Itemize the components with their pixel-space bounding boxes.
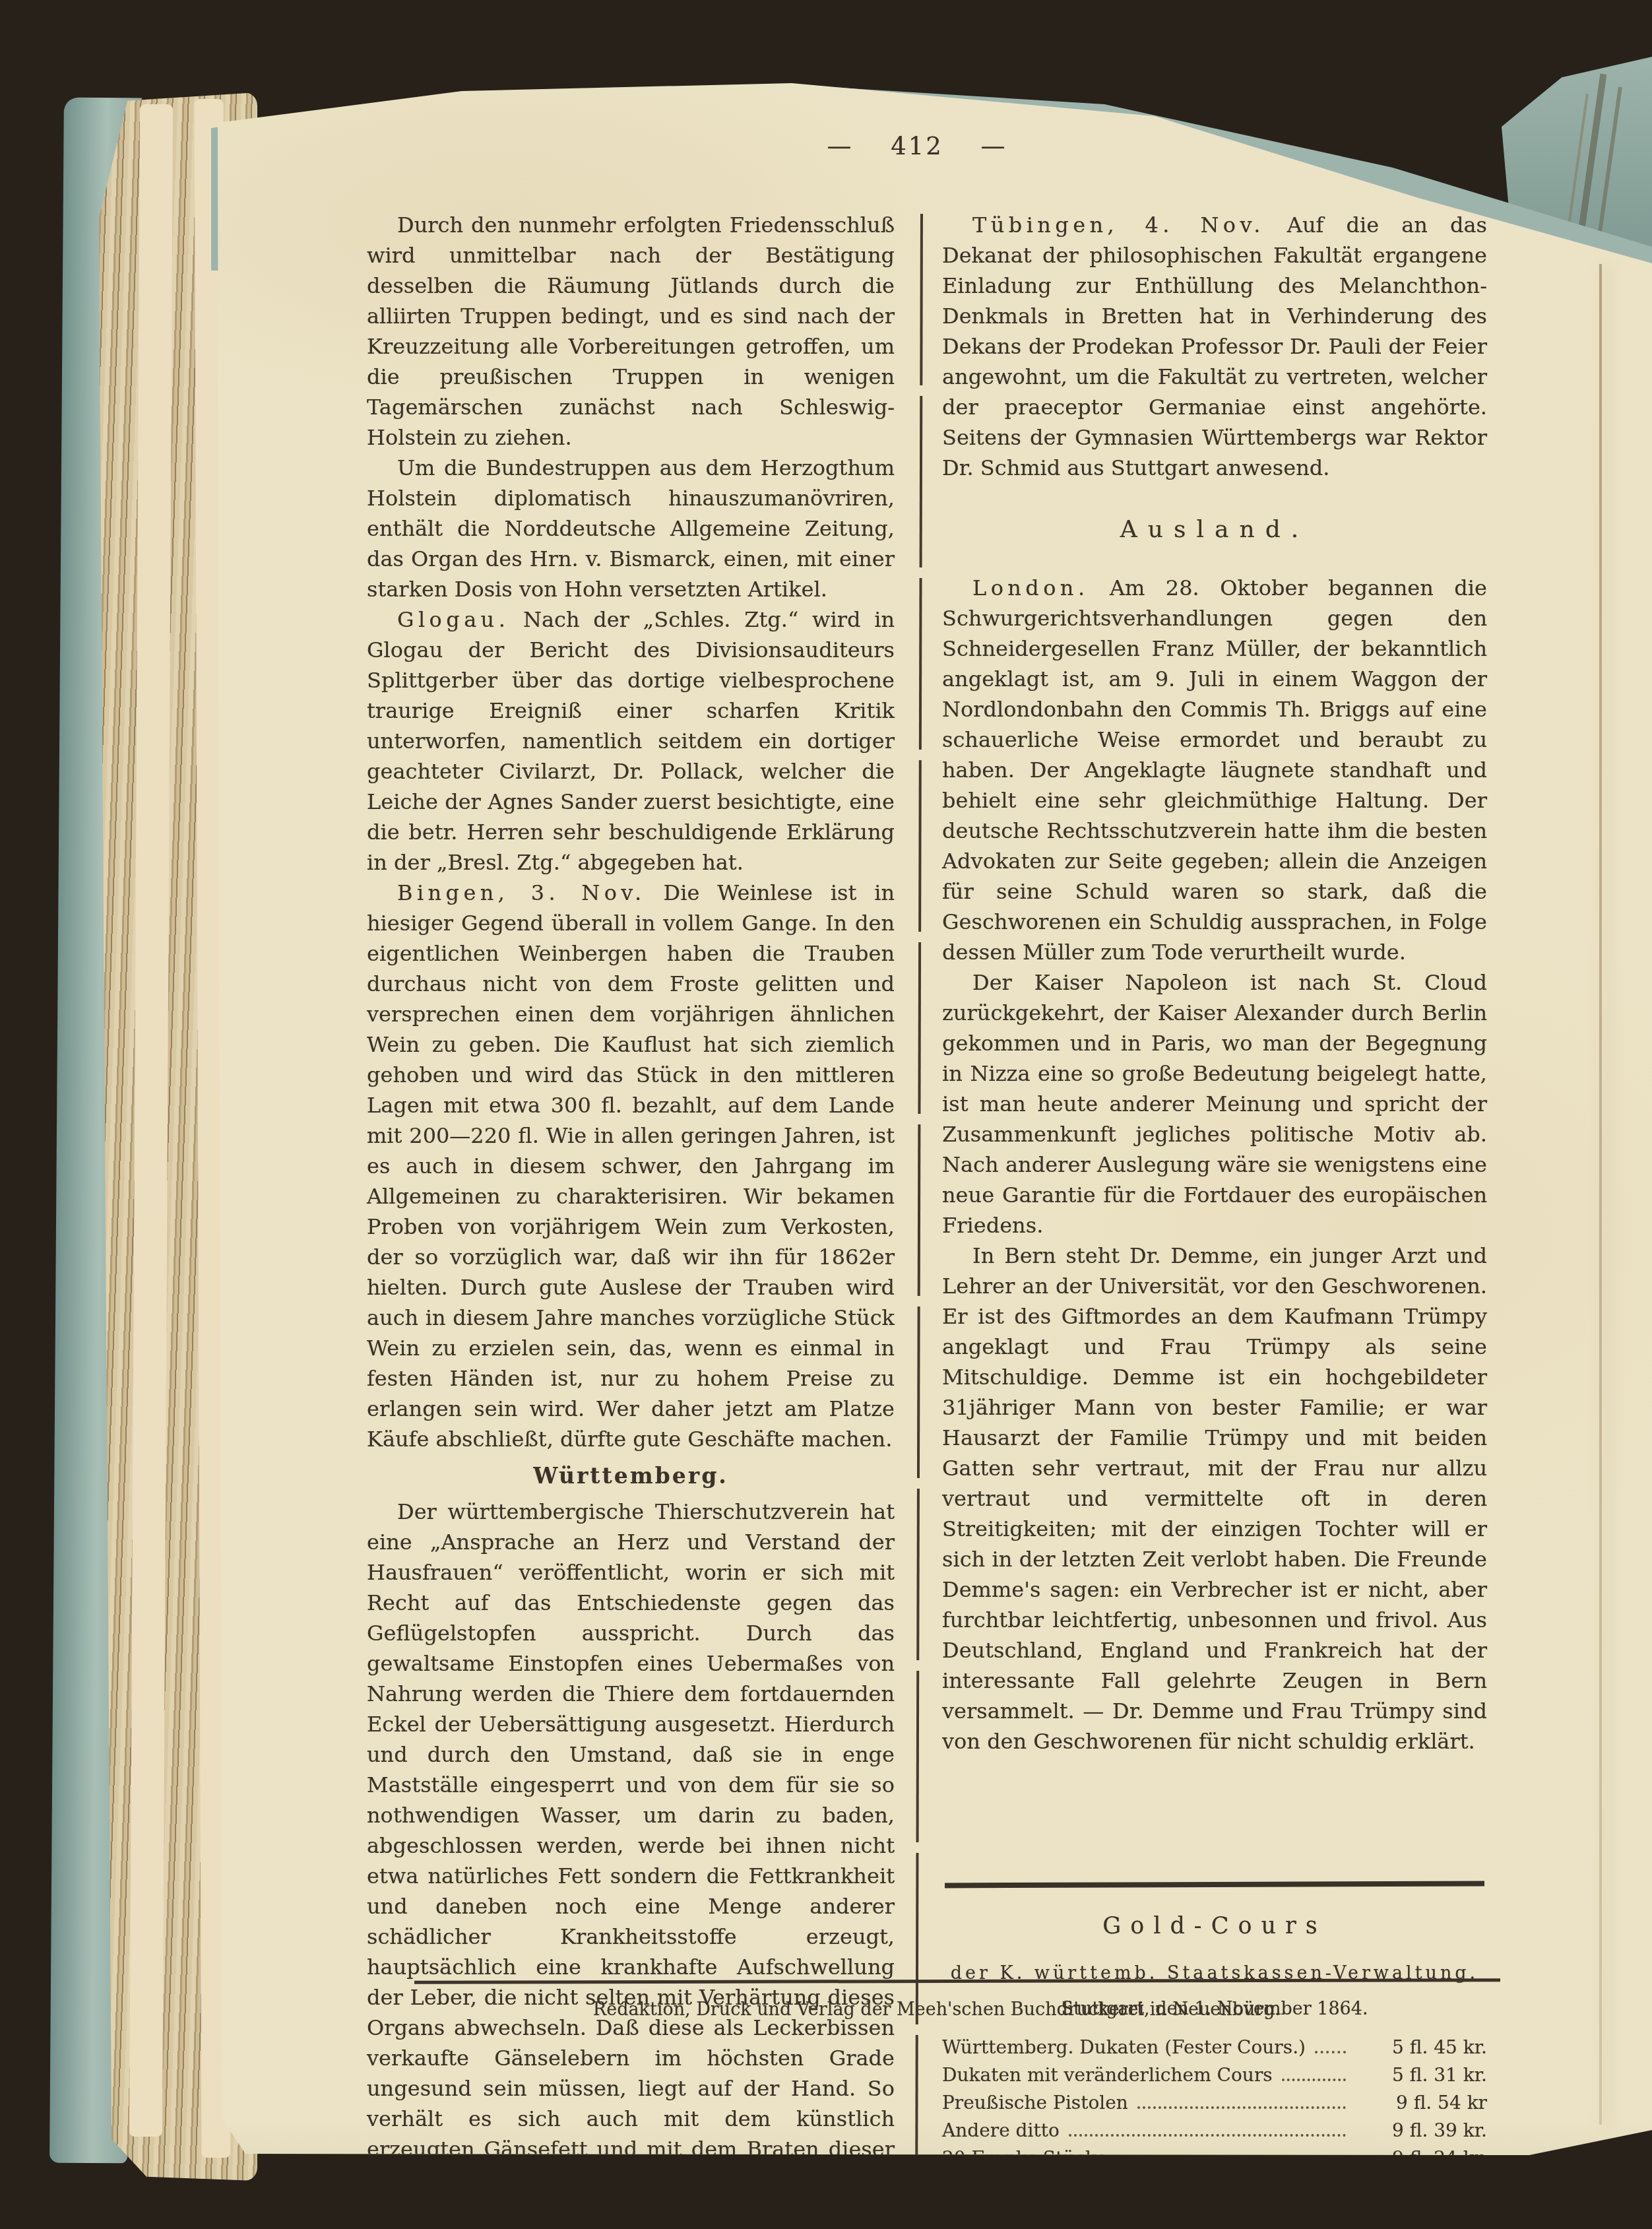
gold-cours-subtitle: der K. württemb. Staatskassen-Verwaltung… bbox=[942, 1958, 1487, 1989]
page-number: — 412 — bbox=[778, 132, 1056, 160]
left-column: Durch den nunmehr erfolgten Friedensschl… bbox=[367, 210, 895, 2225]
right-column: Tübingen, 4. Nov. Auf die an das Dekanat… bbox=[942, 210, 1487, 2225]
gold-cours-row: 20 Franks-Stücke9 fl. 24 kr. bbox=[942, 2145, 1487, 2172]
gold-row-label: Andere ditto bbox=[942, 2117, 1060, 2145]
gold-row-value: 5 fl. 45 kr. bbox=[1355, 2034, 1487, 2061]
section-heading: Württemberg. bbox=[367, 1461, 895, 1491]
gold-cours-section: Gold-Cours der K. württemb. Staatskassen… bbox=[942, 1882, 1487, 2172]
section-divider-rule bbox=[945, 1881, 1484, 1889]
paragraph: Tübingen, 4. Nov. Auf die an das Dekanat… bbox=[942, 210, 1487, 483]
gold-cours-title: Gold-Cours bbox=[942, 1911, 1487, 1941]
gold-row-value: 9 fl. 54 kr bbox=[1355, 2089, 1487, 2117]
gold-cours-row: Andere ditto9 fl. 39 kr. bbox=[942, 2117, 1487, 2145]
gold-cours-row: Preußische Pistolen9 fl. 54 kr bbox=[942, 2089, 1487, 2117]
text-columns: Durch den nunmehr erfolgten Friedensschl… bbox=[367, 210, 1487, 2225]
right-column-articles: Tübingen, 4. Nov. Auf die an das Dekanat… bbox=[942, 210, 1487, 1757]
gold-row-label: Württemberg. Dukaten (Fester Cours.) bbox=[942, 2034, 1306, 2061]
paragraph: Um die Bundestruppen aus dem Herzogthum … bbox=[367, 453, 895, 604]
imprint-line: Redaktion, Druck und Verlag der Meeh'sch… bbox=[277, 1999, 1597, 2020]
section-heading: Ausland. bbox=[942, 515, 1487, 545]
page-crease bbox=[1599, 264, 1602, 2125]
paragraph: In Bern steht Dr. Demme, ein junger Arzt… bbox=[942, 1241, 1487, 1757]
dot-leader bbox=[1137, 2106, 1346, 2109]
dot-leader bbox=[1117, 2162, 1346, 2164]
page-edge-band bbox=[129, 104, 173, 2137]
paragraph-lead: Tübingen, 4. Nov. bbox=[972, 212, 1265, 238]
gold-row-value: 5 fl. 31 kr. bbox=[1355, 2061, 1487, 2089]
gold-row-label: 20 Franks-Stücke bbox=[942, 2145, 1108, 2172]
paragraph-lead: London. bbox=[972, 575, 1089, 600]
paragraph: Durch den nunmehr erfolgten Friedensschl… bbox=[367, 210, 895, 453]
gold-cours-table: Württemberg. Dukaten (Fester Cours.)5 fl… bbox=[942, 2034, 1487, 2172]
book-page: — 412 — Durch den nunmehr erfolgten Frie… bbox=[0, 0, 1652, 2229]
gold-cours-row: Württemberg. Dukaten (Fester Cours.)5 fl… bbox=[942, 2034, 1487, 2061]
gold-row-value: 9 fl. 24 kr. bbox=[1355, 2145, 1487, 2172]
column-divider-rule bbox=[915, 214, 923, 2225]
paragraph: Der Kaiser Napoleon ist nach St. Cloud z… bbox=[942, 967, 1487, 1241]
gold-row-value: 9 fl. 39 kr. bbox=[1355, 2117, 1487, 2145]
book-scan: — 412 — Durch den nunmehr erfolgten Frie… bbox=[0, 0, 1652, 2229]
dot-leader bbox=[1069, 2134, 1346, 2137]
dot-leader bbox=[1282, 2079, 1346, 2081]
paragraph-lead: Glogau. bbox=[397, 607, 509, 632]
paragraph: Der württembergische Thierschutzverein h… bbox=[367, 1497, 895, 2225]
gold-cours-row: Dukaten mit veränderlichem Cours5 fl. 31… bbox=[942, 2061, 1487, 2089]
paragraph: Bingen, 3. Nov. Die Weinlese ist in hies… bbox=[367, 878, 895, 1454]
paragraph: London. Am 28. Oktober begannen die Schw… bbox=[942, 573, 1487, 967]
gold-row-label: Preußische Pistolen bbox=[942, 2089, 1128, 2117]
dot-leader bbox=[1315, 2051, 1346, 2053]
paragraph: Glogau. Nach der „Schles. Ztg.“ wird in … bbox=[367, 604, 895, 878]
paragraph-lead: Bingen, 3. Nov. bbox=[397, 880, 646, 905]
gold-row-label: Dukaten mit veränderlichem Cours bbox=[942, 2061, 1273, 2089]
